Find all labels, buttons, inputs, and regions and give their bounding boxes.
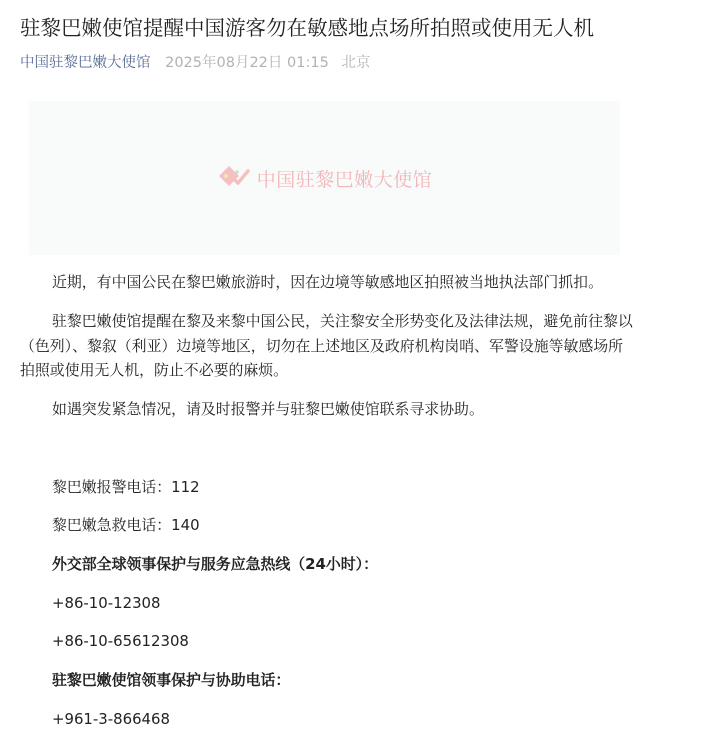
account-name-link[interactable]: 中国驻黎巴嫩大使馆: [20, 55, 151, 71]
paragraph-incident: 近期，有中国公民在黎巴嫩旅游时，因在边境等敏感地区拍照被当地执法部门抓扣。: [20, 270, 636, 295]
article-meta: 中国驻黎巴嫩大使馆 2025年08月22日 01:15 北京: [20, 53, 370, 73]
embassy-phone-number: +961-3-866468: [20, 707, 636, 732]
mfa-hotline-number: +86-10-65612308: [20, 629, 636, 654]
publish-location: 北京: [341, 55, 370, 71]
paragraph-advisory: 驻黎巴嫩使馆提醒在黎及来黎中国公民，关注黎安全形势变化及法律法规，避免前往黎以（…: [20, 309, 636, 383]
embassy-logo-icon: [217, 164, 251, 192]
ambulance-phone: 黎巴嫩急救电话：140: [20, 513, 636, 538]
hero-image-placeholder: 中国驻黎巴嫩大使馆: [29, 101, 620, 255]
embassy-logo: 中国驻黎巴嫩大使馆: [217, 164, 433, 192]
mfa-hotline-number: +86-10-12308: [20, 591, 636, 616]
mfa-hotline-heading: 外交部全球领事保护与服务应急热线（24小时）：: [20, 552, 636, 577]
embassy-phone-heading: 驻黎巴嫩使馆领事保护与协助电话：: [20, 668, 636, 693]
paragraph-emergency: 如遇突发紧急情况，请及时报警并与驻黎巴嫩使馆联系寻求协助。: [20, 397, 636, 422]
publish-date: 2025年08月22日 01:15: [165, 55, 329, 71]
embassy-logo-text: 中国驻黎巴嫩大使馆: [257, 165, 433, 192]
article-title: 驻黎巴嫩使馆提醒中国游客勿在敏感地点场所拍照或使用无人机: [20, 14, 594, 42]
police-phone: 黎巴嫩报警电话：112: [20, 475, 636, 500]
